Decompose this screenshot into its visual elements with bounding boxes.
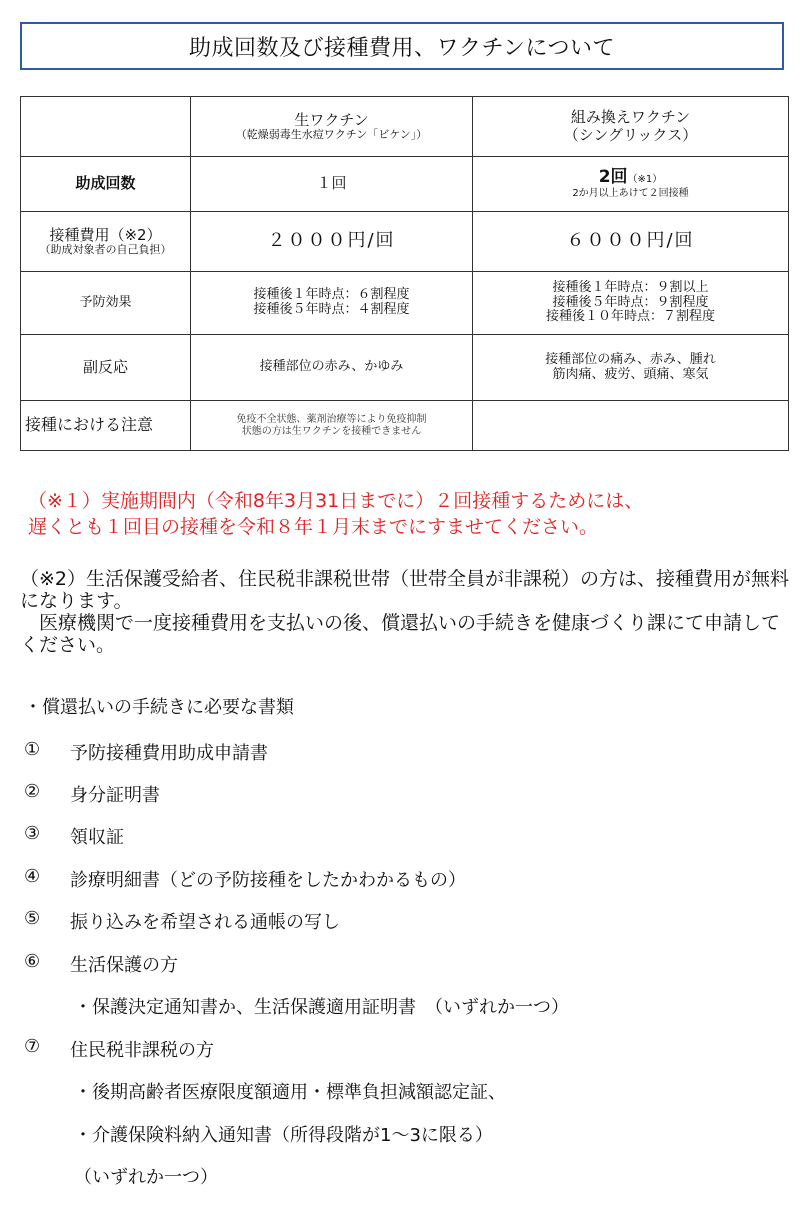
item-text: 生活保護の方 xyxy=(70,951,178,977)
header-blank-cell xyxy=(21,97,191,157)
table-header-row: 生ワクチン （乾燥弱毒生水痘ワクチン「ビケン」） 組み換えワクチン （シングリッ… xyxy=(21,97,789,157)
caution-recombinant xyxy=(473,401,789,451)
document-sub-item: ・介護保険料納入通知書（所得段階が1～3に限る） xyxy=(74,1121,493,1147)
side-effects-recombinant: 接種部位の痛み、赤み、腫れ 筋肉痛、疲労、頭痛、寒気 xyxy=(473,335,789,401)
caution-live: 免疫不全状態、薬剤治療等により免疫抑制 状態の方は生ワクチンを接種できません xyxy=(191,401,473,451)
page-title: 助成回数及び接種費用、ワクチンについて xyxy=(189,31,615,62)
vaccine-comparison-table: 生ワクチン （乾燥弱毒生水痘ワクチン「ビケン」） 組み換えワクチン （シングリッ… xyxy=(20,96,789,451)
document-item: ④ 診療明細書（どの予防接種をしたかわかるもの） xyxy=(24,866,466,892)
side-effects-live: 接種部位の赤み、かゆみ xyxy=(191,335,473,401)
note-2-paragraph-2: 医療機関で一度接種費用を支払いの後、償還払いの手続きを健康づくり課にて申請してく… xyxy=(20,612,790,656)
document-sub-item: ・後期高齢者医療限度額適用・標準負担減額認定証、 xyxy=(74,1078,506,1104)
document-item: ③ 領収証 xyxy=(24,823,124,849)
note-1-red: （※１）実施期間内（令和8年3月31日までに）２回接種するためには、 遅くとも１… xyxy=(28,488,788,540)
document-item: ⑦ 住民税非課税の方 xyxy=(24,1036,214,1062)
item-text: 領収証 xyxy=(70,823,124,849)
item-text: 予防接種費用助成申請書 xyxy=(70,739,268,765)
item-text: 診療明細書（どの予防接種をしたかわかるもの） xyxy=(70,866,466,892)
document-item: ⑤ 振り込みを希望される通帳の写し xyxy=(24,908,340,934)
effect-live: 接種後１年時点：６割程度 接種後５年時点：４割程度 xyxy=(191,272,473,335)
item-number: ③ xyxy=(24,823,70,849)
document-sub-item: （いずれか一つ） xyxy=(74,1163,218,1189)
document-item: ⑥ 生活保護の方 xyxy=(24,951,178,977)
row-label-effect: 予防効果 xyxy=(21,272,191,335)
item-text: 振り込みを希望される通帳の写し xyxy=(70,908,340,934)
table-row-cost: 接種費用（※2） （助成対象者の自己負担） ２０００円/回 ６０００円/回 xyxy=(21,212,789,272)
row-label-caution: 接種における注意 xyxy=(21,401,191,451)
note-2: （※2）生活保護受給者、住民税非課税世帯（世帯全員が非課税）の方は、接種費用が無… xyxy=(20,568,790,656)
item-number: ② xyxy=(24,781,70,807)
documents-heading: ・償還払いの手続きに必要な書類 xyxy=(24,693,294,719)
table-row-effect: 予防効果 接種後１年時点：６割程度 接種後５年時点：４割程度 接種後１年時点：９… xyxy=(21,272,789,335)
effect-recombinant: 接種後１年時点：９割以上 接種後５年時点：９割程度 接種後１０年時点：７割程度 xyxy=(473,272,789,335)
header-recombinant-vaccine: 組み換えワクチン （シングリックス） xyxy=(473,97,789,157)
cost-recombinant: ６０００円/回 xyxy=(473,212,789,272)
table-row-side-effects: 副反応 接種部位の赤み、かゆみ 接種部位の痛み、赤み、腫れ 筋肉痛、疲労、頭痛、… xyxy=(21,335,789,401)
header-live-vaccine: 生ワクチン （乾燥弱毒生水痘ワクチン「ビケン」） xyxy=(191,97,473,157)
document-sub-item: ・保護決定通知書か、生活保護適用証明書 （いずれか一つ） xyxy=(74,993,569,1019)
item-text: 身分証明書 xyxy=(70,781,160,807)
note-2-paragraph-1: （※2）生活保護受給者、住民税非課税世帯（世帯全員が非課税）の方は、接種費用が無… xyxy=(20,568,790,612)
item-number: ⑦ xyxy=(24,1036,70,1062)
table-row-count: 助成回数 １回 2回（※1） 2か月以上あけて２回接種 xyxy=(21,157,789,212)
document-item: ① 予防接種費用助成申請書 xyxy=(24,739,268,765)
row-label-side-effects: 副反応 xyxy=(21,335,191,401)
table-row-caution: 接種における注意 免疫不全状態、薬剤治療等により免疫抑制 状態の方は生ワクチンを… xyxy=(21,401,789,451)
item-text: 住民税非課税の方 xyxy=(70,1036,214,1062)
row-label-cost: 接種費用（※2） （助成対象者の自己負担） xyxy=(21,212,191,272)
cost-live: ２０００円/回 xyxy=(191,212,473,272)
page-title-box: 助成回数及び接種費用、ワクチンについて xyxy=(20,22,784,70)
item-number: ④ xyxy=(24,866,70,892)
count-live: １回 xyxy=(191,157,473,212)
count-recombinant: 2回（※1） 2か月以上あけて２回接種 xyxy=(473,157,789,212)
item-number: ⑤ xyxy=(24,908,70,934)
row-label-count: 助成回数 xyxy=(21,157,191,212)
item-number: ① xyxy=(24,739,70,765)
document-item: ② 身分証明書 xyxy=(24,781,160,807)
item-number: ⑥ xyxy=(24,951,70,977)
